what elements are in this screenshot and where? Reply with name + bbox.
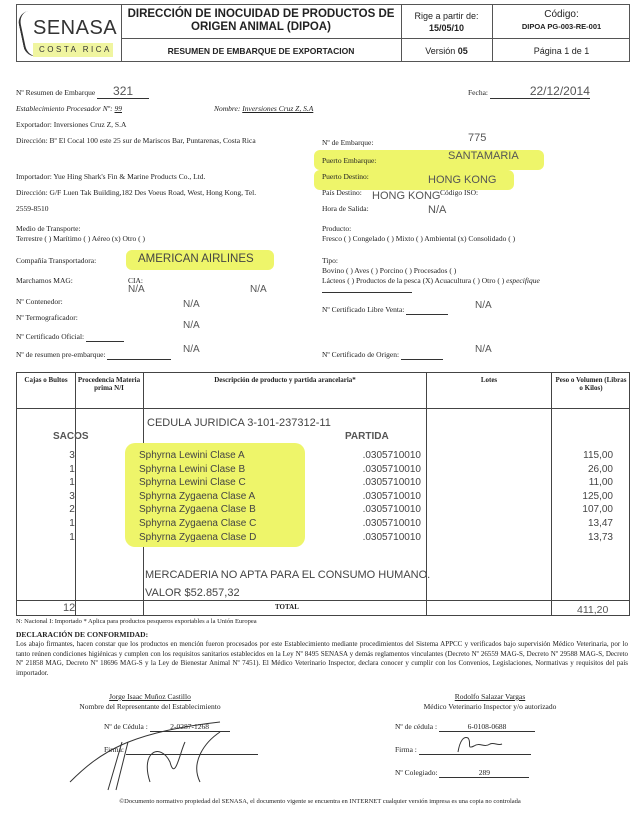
row-peso: 107,00 <box>557 503 613 517</box>
row-peso: 125,00 <box>557 490 613 504</box>
resumen-label: Nº Resumen de Embarque <box>16 88 95 97</box>
row-product: Sphyrna Zygaena Clase B <box>139 503 256 517</box>
termografo-label: Nº Termograficador: <box>16 313 78 322</box>
row-product: Sphyrna Zygaena Clase A <box>139 490 255 504</box>
cedula-juridica: CEDULA JURIDICA 3-101-237312-11 <box>147 417 331 429</box>
row-peso: 13,47 <box>557 517 613 531</box>
establecimiento-field: Establecimiento Procesador Nº: 99 <box>16 104 122 113</box>
right-cedula-field: Nº de cédula : 6-0108-0688 <box>395 722 535 732</box>
compania-label: Compañía Transportadora: <box>16 256 96 265</box>
cert-origen-value: N/A <box>475 344 492 355</box>
establecimiento-label: Establecimiento Procesador Nº: <box>16 104 113 113</box>
row-product: Sphyrna Lewini Clase C <box>139 476 246 490</box>
contenedor-value: N/A <box>183 299 200 310</box>
logo-country: COSTA RICA <box>33 43 113 57</box>
marchamos-value: N/A <box>128 284 145 295</box>
termografo-value: N/A <box>183 320 200 331</box>
header-cajas: Cajas o Bultos <box>21 376 71 384</box>
right-cedula-label: Nº de cédula : <box>395 722 437 731</box>
tipo-options-2-row: Lácteos ( ) Productos de la pesca (X) Ac… <box>322 276 540 285</box>
row-partida: .0305710010 <box>317 531 421 545</box>
pre-embarque-value: N/A <box>183 344 200 355</box>
pre-embarque-field: Nº de resumen pre-embarque: <box>16 350 171 360</box>
row-qty: 1 <box>67 531 77 545</box>
header-lotes: Lotes <box>427 376 551 384</box>
fecha-field: Fecha: 22/12/2014 <box>468 84 590 99</box>
title-line-2: ORIGEN ANIMAL (DIPOA) <box>121 21 401 34</box>
libre-venta-field: Nº Certificado Libre Venta: <box>322 305 448 315</box>
row-product: Sphyrna Lewini Clase B <box>139 463 245 477</box>
column-divider <box>551 373 552 615</box>
compania-value: AMERICAN AIRLINES <box>138 253 254 265</box>
libre-venta-value: N/A <box>475 300 492 311</box>
logo-name: SENASA <box>33 17 117 40</box>
copyright-notice: ©Documento normativo propiedad del SENAS… <box>0 798 640 805</box>
resumen-field: Nº Resumen de Embarque 321 <box>16 84 149 99</box>
total-label: TOTAL <box>275 603 299 611</box>
row-partida: .0305710010 <box>317 463 421 477</box>
row-partida: .0305710010 <box>317 517 421 531</box>
row-qty: 2 <box>67 503 77 517</box>
row-product: Sphyrna Lewini Clase A <box>139 449 245 463</box>
total-qty: 12 <box>63 602 75 614</box>
divider <box>322 292 412 293</box>
row-partida: .0305710010 <box>317 476 421 490</box>
tipo-especifique: especifique <box>506 276 540 285</box>
right-colegiado-value: 289 <box>439 768 529 778</box>
row-partida: .0305710010 <box>317 490 421 504</box>
pais-destino-label: País Destino: <box>322 188 362 197</box>
codigo-label: Código: <box>492 9 631 21</box>
tipo-options-2: Lácteos ( ) Productos de la pesca (X) Ac… <box>322 276 504 285</box>
pais-destino-value: HONG KONG <box>372 190 440 202</box>
pagina-info: Página 1 de 1 <box>492 46 631 56</box>
row-product: Sphyrna Zygaena Clase D <box>139 531 256 545</box>
hora-salida-label: Hora de Salida: <box>322 204 369 213</box>
tipo-label: Tipo: <box>322 256 338 265</box>
divider <box>121 38 629 39</box>
puerto-embarque-value: SANTAMARIA <box>448 150 519 162</box>
footnote: N: Nacional I: Importado * Aplica para p… <box>16 618 257 625</box>
left-signer-name: Jorge Isaac Muñoz Castillo <box>70 692 230 701</box>
marchamos-label: Marchamos MAG: <box>16 276 73 285</box>
direccion-importador-1: Dirección: G/F Luen Tak Building,182 Des… <box>16 188 256 197</box>
right-colegiado-field: Nº Colegiado: 289 <box>395 768 529 778</box>
header-procedencia: Procedencia Materia prima N/I <box>77 376 141 392</box>
codigo-block: Código: DIPOA PG-003-RE-001 <box>492 9 631 33</box>
hora-salida-value: N/A <box>428 204 446 216</box>
cert-oficial-field: Nº Certificado Oficial: <box>16 332 124 342</box>
document-title: DIRECCIÓN DE INOCUIDAD DE PRODUCTOS DE O… <box>121 8 401 34</box>
total-row-divider <box>17 600 629 601</box>
right-signer-role: Médico Veterinario Inspector y/o autoriz… <box>390 702 590 711</box>
contenedor-label: Nº Contenedor: <box>16 297 63 306</box>
note-no-apta: MERCADERIA NO APTA PARA EL CONSUMO HUMAN… <box>145 569 430 581</box>
puerto-destino-value: HONG KONG <box>428 174 496 186</box>
header-row-divider <box>17 408 629 409</box>
nombre-field: Nombre: Inversiones Cruz Z, S.A <box>214 104 313 113</box>
cert-origen-label: Nº Certificado de Origen: <box>322 350 399 359</box>
row-peso: 115,00 <box>557 449 613 463</box>
unit-label: SACOS <box>53 431 89 442</box>
nombre-value: Inversiones Cruz Z, S.A <box>242 104 313 113</box>
medio-transporte-label: Medio de Transporte: <box>16 224 81 233</box>
row-qty: 1 <box>67 463 77 477</box>
rige-block: Rige a partir de: 15/05/10 <box>401 10 492 34</box>
nombre-label: Nombre: <box>214 104 240 113</box>
cert-oficial-label: Nº Certificado Oficial: <box>16 332 84 341</box>
note-valor: VALOR $52.857,32 <box>145 587 240 599</box>
right-colegiado-label: Nº Colegiado: <box>395 768 438 777</box>
puerto-destino-label: Puerto Destino: <box>322 172 369 181</box>
document-header: SENASA COSTA RICA DIRECCIÓN DE INOCUIDAD… <box>16 4 630 62</box>
left-signature-icon <box>60 712 260 792</box>
row-product: Sphyrna Zygaena Clase C <box>139 517 256 531</box>
exportador: Exportador: Inversiones Cruz Z, S.A <box>16 120 126 129</box>
product-table: Cajas o Bultos Procedencia Materia prima… <box>16 372 630 616</box>
fecha-value: 22/12/2014 <box>490 84 590 99</box>
row-peso: 26,00 <box>557 463 613 477</box>
row-qty: 1 <box>67 517 77 531</box>
establecimiento-value: 99 <box>115 104 123 113</box>
version-value: 05 <box>458 46 468 56</box>
declaration-text: Los abajo firmantes, hacen constar que l… <box>16 640 628 678</box>
row-qty: 3 <box>67 490 77 504</box>
direccion-exportador: Dirección: Bº El Cocal 100 este 25 sur d… <box>16 136 256 145</box>
producto-options: Fresco ( ) Congelado ( ) Mixto ( ) Ambie… <box>322 234 515 243</box>
declaration-title: DECLARACIÓN DE CONFORMIDAD: <box>16 630 148 639</box>
right-cedula-value: 6-0108-0688 <box>439 722 535 732</box>
codigo-value: DIPOA PG-003-RE-001 <box>492 21 631 33</box>
rige-label: Rige a partir de: <box>401 10 492 22</box>
right-signer-name: Rodolfo Salazar Vargas <box>410 692 570 701</box>
row-peso: 13,73 <box>557 531 613 545</box>
cia-value: N/A <box>250 284 267 295</box>
producto-label: Producto: <box>322 224 351 233</box>
libre-venta-label: Nº Certificado Libre Venta: <box>322 305 404 314</box>
title-line-1: DIRECCIÓN DE INOCUIDAD DE PRODUCTOS DE <box>121 8 401 21</box>
direccion-importador-2: 2559-8510 <box>16 204 49 213</box>
header-peso: Peso o Volumen (Libras o Kilos) <box>553 376 629 392</box>
senasa-logo: SENASA COSTA RICA <box>19 7 119 61</box>
right-signature-icon <box>450 732 510 756</box>
row-partida: .0305710010 <box>317 449 421 463</box>
right-firma-label: Firma : <box>395 745 417 754</box>
codigo-iso-label: Código ISO: <box>440 188 478 197</box>
puerto-embarque-label: Puerto Embarque: <box>322 156 376 165</box>
header-descripcion: Descripción de producto y partida arance… <box>145 376 425 384</box>
row-partida: .0305710010 <box>317 503 421 517</box>
embarque-label: Nº de Embarque: <box>322 138 373 147</box>
fecha-label: Fecha: <box>468 88 488 97</box>
row-qty: 1 <box>67 476 77 490</box>
embarque-value: 775 <box>468 132 486 144</box>
document-subtitle: RESUMEN DE EMBARQUE DE EXPORTACION <box>121 46 401 56</box>
rige-value: 15/05/10 <box>401 22 492 34</box>
partida-header: PARTIDA <box>345 431 389 442</box>
pre-embarque-label: Nº de resumen pre-embarque: <box>16 350 106 359</box>
importador: Importador: Yue Hing Shark's Fin & Marin… <box>16 172 205 181</box>
total-peso: 411,20 <box>577 604 608 616</box>
row-qty: 3 <box>67 449 77 463</box>
resumen-value: 321 <box>97 84 149 99</box>
version-label: Versión <box>425 46 455 56</box>
row-peso: 11,00 <box>557 476 613 490</box>
version-block: Versión 05 <box>401 46 492 56</box>
cert-origen-field: Nº Certificado de Origen: <box>322 350 443 360</box>
tipo-options-1: Bovino ( ) Aves ( ) Porcino ( ) Procesad… <box>322 266 456 275</box>
medio-transporte-options: Terrestre ( ) Marítimo ( ) Aéreo (x) Otr… <box>16 234 145 243</box>
left-signer-role: Nombre del Representante del Establecimi… <box>70 702 230 711</box>
